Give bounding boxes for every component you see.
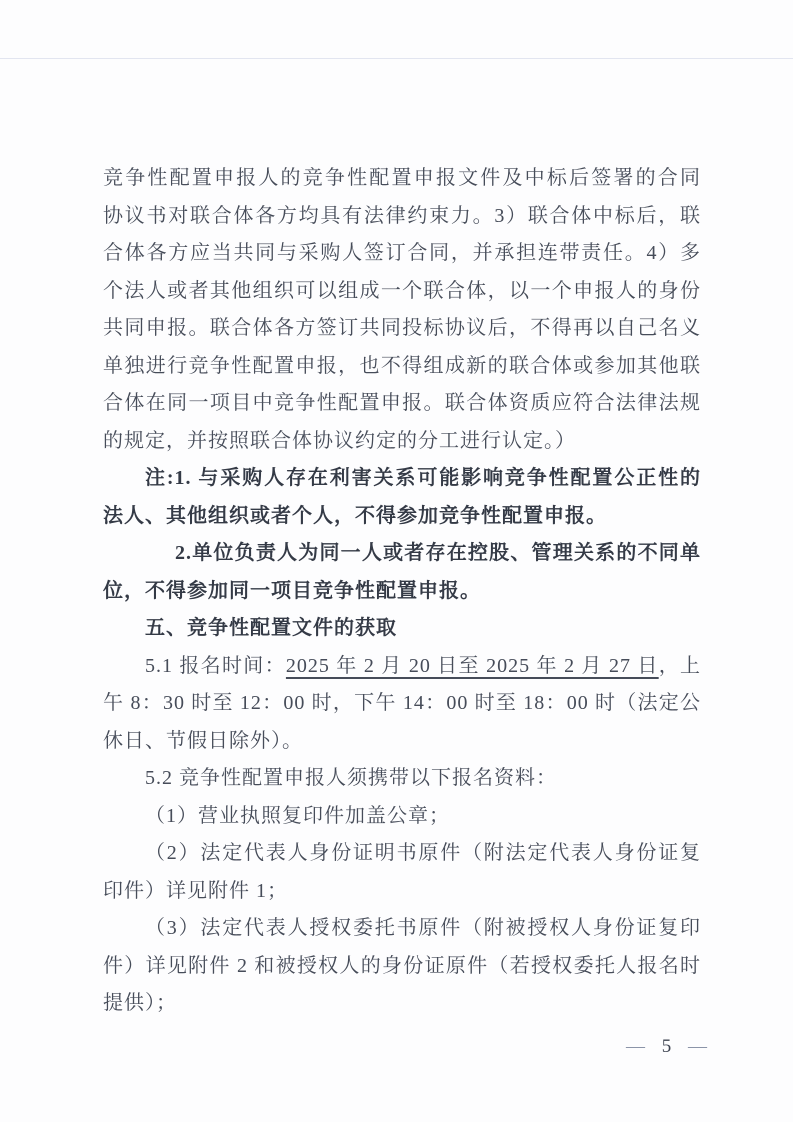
text-run: 个法人或者其他组织可以组成一个联合体，以一个申报人的身份 bbox=[103, 280, 701, 302]
document-line: 个法人或者其他组织可以组成一个联合体，以一个申报人的身份 bbox=[103, 273, 701, 311]
document-line: 协议书对联合体各方均具有法律约束力。3）联合体中标后，联 bbox=[103, 198, 701, 236]
text-run: （1）营业执照复印件加盖公章； bbox=[145, 805, 450, 827]
text-run: 注:1. 与采购人存在利害关系可能影响竞争性配置公正性的 bbox=[145, 467, 701, 489]
text-run: 休日、节假日除外）。 bbox=[103, 730, 303, 752]
document-line: 件）详见附件 2 和被授权人的身份证原件（若授权委托人报名时 bbox=[103, 948, 701, 986]
document-line: 五、竞争性配置文件的获取 bbox=[103, 610, 701, 648]
document-line: 位，不得参加同一项目竞争性配置申报。 bbox=[103, 573, 701, 611]
text-run: ，上 bbox=[659, 655, 701, 677]
text-run: （2）法定代表人身份证明书原件（附法定代表人身份证复 bbox=[145, 842, 701, 864]
text-run: 竞争性配置申报人的竞争性配置申报文件及中标后签署的合同 bbox=[103, 167, 701, 189]
text-run: 午 8：30 时至 12：00 时，下午 14：00 时至 18：00 时（法定… bbox=[103, 692, 701, 714]
text-run: 件）详见附件 2 和被授权人的身份证原件（若授权委托人报名时 bbox=[103, 955, 701, 977]
document-line: 竞争性配置申报人的竞争性配置申报文件及中标后签署的合同 bbox=[103, 160, 701, 198]
document-line: 印件）详见附件 1； bbox=[103, 873, 701, 911]
document-line: 共同申报。联合体各方签订共同投标协议后，不得再以自己名义 bbox=[103, 310, 701, 348]
document-line: 合体各方应当共同与采购人签订合同，并承担连带责任。4）多 bbox=[103, 235, 701, 273]
document-line: （2）法定代表人身份证明书原件（附法定代表人身份证复 bbox=[103, 835, 701, 873]
document-line: 休日、节假日除外）。 bbox=[103, 723, 701, 761]
text-run: 的规定，并按照联合体协议约定的分工进行认定。） bbox=[103, 430, 576, 452]
underlined-text-run: 2025 年 2 月 20 日至 2025 年 2 月 27 日 bbox=[286, 655, 659, 677]
text-run: （3）法定代表人授权委托书原件（附被授权人身份证复印 bbox=[145, 917, 701, 939]
text-run: 单独进行竞争性配置申报，也不得组成新的联合体或参加其他联 bbox=[103, 355, 701, 377]
document-line: 午 8：30 时至 12：00 时，下午 14：00 时至 18：00 时（法定… bbox=[103, 685, 701, 723]
text-run: 印件）详见附件 1； bbox=[103, 880, 288, 902]
document-line: 注:1. 与采购人存在利害关系可能影响竞争性配置公正性的 bbox=[103, 460, 701, 498]
text-run: 2.单位负责人为同一人或者存在控股、管理关系的不同单 bbox=[175, 542, 701, 564]
document-line: 提供）； bbox=[103, 985, 701, 1023]
document-line: （1）营业执照复印件加盖公章； bbox=[103, 798, 701, 836]
document-body: 竞争性配置申报人的竞争性配置申报文件及中标后签署的合同协议书对联合体各方均具有法… bbox=[103, 160, 701, 1023]
document-line: 5.1 报名时间：2025 年 2 月 20 日至 2025 年 2 月 27 … bbox=[103, 648, 701, 686]
text-run: 共同申报。联合体各方签订共同投标协议后，不得再以自己名义 bbox=[103, 317, 701, 339]
document-line: 合体在同一项目中竞争性配置申报。联合体资质应符合法律法规 bbox=[103, 385, 701, 423]
text-run: 合体在同一项目中竞争性配置申报。联合体资质应符合法律法规 bbox=[103, 392, 701, 414]
document-line: （3）法定代表人授权委托书原件（附被授权人身份证复印 bbox=[103, 910, 701, 948]
text-run: 提供）； bbox=[103, 992, 177, 1014]
scan-artifact-line bbox=[0, 58, 793, 59]
text-run: 协议书对联合体各方均具有法律约束力。3）联合体中标后，联 bbox=[103, 205, 701, 227]
text-run: 5.1 报名时间： bbox=[145, 655, 286, 677]
document-line: 2.单位负责人为同一人或者存在控股、管理关系的不同单 bbox=[103, 535, 701, 573]
document-line: 法人、其他组织或者个人，不得参加竞争性配置申报。 bbox=[103, 498, 701, 536]
document-line: 的规定，并按照联合体协议约定的分工进行认定。） bbox=[103, 423, 701, 461]
document-page: 竞争性配置申报人的竞争性配置申报文件及中标后签署的合同协议书对联合体各方均具有法… bbox=[0, 0, 793, 1122]
page-number: 5 bbox=[652, 1036, 683, 1057]
footer-dash-right: — bbox=[688, 1036, 708, 1057]
document-line: 5.2 竞争性配置申报人须携带以下报名资料： bbox=[103, 760, 701, 798]
page-footer: — 5 — bbox=[626, 1036, 708, 1058]
text-run: 五、竞争性配置文件的获取 bbox=[145, 617, 397, 639]
text-run: 位，不得参加同一项目竞争性配置申报。 bbox=[103, 580, 481, 602]
document-line: 单独进行竞争性配置申报，也不得组成新的联合体或参加其他联 bbox=[103, 348, 701, 386]
text-run: 法人、其他组织或者个人，不得参加竞争性配置申报。 bbox=[103, 505, 607, 527]
text-run: 5.2 竞争性配置申报人须携带以下报名资料： bbox=[145, 767, 557, 789]
footer-dash-left: — bbox=[626, 1036, 646, 1057]
text-run: 合体各方应当共同与采购人签订合同，并承担连带责任。4）多 bbox=[103, 242, 701, 264]
